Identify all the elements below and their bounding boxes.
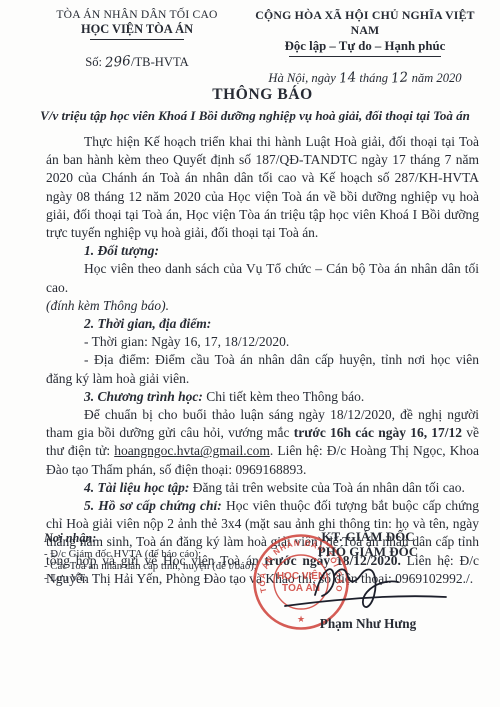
date-month-handwritten: 12 [391,69,410,86]
section-3-heading-tail: Chi tiết kèm theo Thông báo. [203,389,364,404]
org-parent-name: TÒA ÁN NHÂN DÂN TỐI CAO [38,8,236,21]
section-3-heading-text: 3. Chương trình học: [84,389,203,404]
document-title: THÔNG BÁO [46,86,479,104]
header-right-block: CỘNG HÒA XÃ HỘI CHỦ NGHĨA VIỆT NAM Độc l… [240,8,490,86]
section-1-text: Học viên theo danh sách của Vụ Tổ chức –… [46,260,479,315]
section-2-heading: 2. Thời gian, địa điểm: [46,315,479,333]
document-body: Thực hiện Kế hoạch triển khai thi hành L… [46,133,479,588]
attachment-note: (đính kèm Thông báo). [46,297,479,315]
section-1-heading-text: 1. Đối tượng: [84,243,159,258]
date-suffix: năm 2020 [412,71,462,85]
date-mid: tháng [359,71,388,85]
document-number-label: Số: [85,55,102,69]
document-number-handwritten: 296 [105,53,132,71]
header-left-block: TÒA ÁN NHÂN DÂN TỐI CAO HỌC VIỆN TÒA ÁN … [38,8,236,70]
recipient-item: - Đ/c Giám đốc HVTA (để báo cáo); [44,548,264,560]
paragraph-intro: Thực hiện Kế hoạch triển khai thi hành L… [46,133,479,242]
section-3-deadline-bold: trước 16h các ngày 16, 17/12 [294,425,462,440]
date-day-handwritten: 14 [338,69,357,86]
recipients-heading: Nơi nhận: [44,531,264,546]
document-page: TÒA ÁN NHÂN DÂN TỐI CAO HỌC VIỆN TÒA ÁN … [0,0,500,707]
header-underline [289,56,441,57]
national-motto-line2: Độc lập – Tự do – Hạnh phúc [240,39,490,54]
issue-date: Hà Nội, ngày 14 tháng 12 năm 2020 [240,70,490,86]
section-5-heading-text: 5. Hồ sơ cấp chứng chỉ: [84,498,222,513]
date-prefix: Hà Nội, ngày [268,71,336,85]
document-number: Số: 296/TB-HVTA [38,54,236,70]
signature-scribble [266,548,456,623]
recipient-item: - Lưu VT. [44,572,264,584]
national-motto-line1: CỘNG HÒA XÃ HỘI CHỦ NGHĨA VIỆT NAM [240,8,490,38]
section-2-heading-text: 2. Thời gian, địa điểm: [84,316,211,331]
header-underline [90,39,184,40]
section-4-heading: 4. Tài liệu học tập: Đăng tải trên websi… [46,479,479,497]
section-3-heading: 3. Chương trình học: Chi tiết kèm theo T… [46,388,479,406]
section-1-heading: 1. Đối tượng: [46,242,479,260]
document-subtitle: V/v triệu tập học viên Khoá I Bồi dưỡng … [20,108,490,124]
contact-email: hoangngoc.hvta@gmail.com [114,443,270,458]
section-2-item-time: - Thời gian: Ngày 16, 17, 18/12/2020. [46,333,479,351]
section-4-heading-text: 4. Tài liệu học tập: [84,480,189,495]
section-3-paragraph: Để chuẩn bị cho buổi thảo luận sáng ngày… [46,406,479,479]
signer-title-acting: KT. GIÁM ĐỐC [293,530,443,545]
section-4-heading-tail: Đăng tải trên website của Toà án nhân dâ… [189,480,464,495]
section-1-body-text: Học viên theo danh sách của Vụ Tổ chức –… [46,261,479,294]
org-name: HỌC VIỆN TÒA ÁN [38,22,236,37]
section-2-item-location: - Địa điểm: Điểm cầu Toà án nhân dân cấp… [46,351,479,387]
recipients-block: Nơi nhận: - Đ/c Giám đốc HVTA (để báo cá… [44,531,264,584]
document-number-suffix: /TB-HVTA [131,55,189,69]
recipient-item: - Các Toà án nhân dân cấp tỉnh, huyện (đ… [44,560,264,572]
